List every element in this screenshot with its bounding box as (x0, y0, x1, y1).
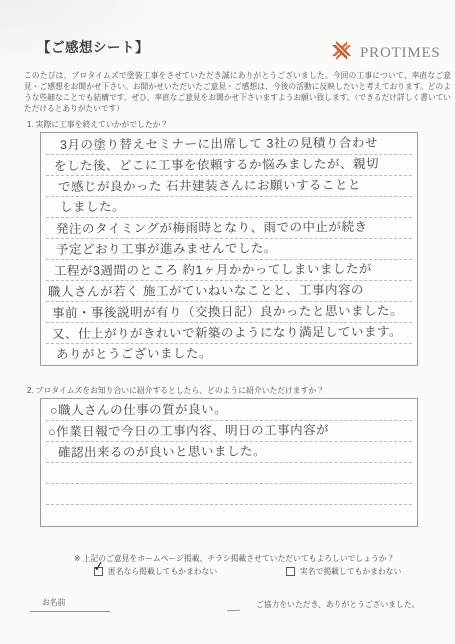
handwritten-text: 発注のタイミングが梅雨時となり、雨での中止が続き (46, 217, 368, 239)
answer-line: 又、仕上がりがきれいで新築のようになり満足しています。 (46, 323, 412, 344)
answer-line: ○職人さんの仕事の質が良い。 (46, 400, 412, 421)
consent-option-anonymous[interactable]: ✓ 匿名なら掲載してもかまわない (94, 566, 217, 577)
consent-note: ※ 上記のご意見をホームページ掲載、チラシ掲載させていただいてもよろしいでしょう… (74, 553, 394, 564)
name-input-line[interactable] (30, 611, 110, 612)
intro-paragraph: このたびは、プロタイムズで塗装工事をさせていただき誠にありがとうございました。今… (24, 70, 451, 115)
handwritten-text: ありがとうございました。 (46, 343, 212, 364)
handwritten-text: をした後、どこに工事を依頼するか悩みましたが、親切 (46, 154, 379, 176)
sheet-title: 【ご感想シート】 (37, 36, 149, 56)
consent-option-label: 匿名なら掲載してもかまわない (108, 566, 217, 577)
handwritten-text: ○職人さんの仕事の質が良い。 (46, 399, 227, 420)
checkbox-anonymous[interactable]: ✓ (94, 567, 103, 576)
answer-line: 発注のタイミングが梅雨時となり、雨での中止が続き (46, 218, 412, 239)
handwritten-text: 3月の塗り替えセミナーに出席して 3社の見積り合わせ (46, 133, 378, 155)
answer-line: 予定どおり工事が進みませんでした。 (46, 239, 412, 260)
handwritten-text: しました。 (46, 197, 125, 218)
name-field-label: お名前 (42, 597, 65, 608)
answer-line: ありがとうございました。 (46, 344, 412, 365)
checkbox-realname[interactable] (286, 567, 295, 576)
handwritten-text: 予定どおり工事が進みませんでした。 (46, 238, 277, 260)
answer-line: をした後、どこに工事を依頼するか悩みましたが、親切 (46, 155, 412, 176)
feedback-sheet: 【ご感想シート】 PROTIMES このたびは、プロタイムズで塗装工事をさせ (0, 0, 455, 644)
answer-line: 事前・事後説明が有り（交換日記）良かったと思いました。 (46, 302, 412, 323)
question-1-label: 1. 実際に工事を終えていかがでしたか？ (27, 119, 168, 130)
consent-option-label: 実名で掲載してもかまわない (300, 566, 401, 577)
protimes-logo-icon (329, 38, 354, 68)
question-2-label: 2. プロタイムズをお知り合いに紹介するとしたら、どのように紹介いただけますか？ (27, 385, 324, 396)
answer-line: 工程が3週間のところ 約1ヶ月かかってしまいましたが (46, 260, 412, 281)
answer-line: 確認出来るのが良いと思いました。 (46, 442, 412, 463)
handwritten-text: で感じが良かった 石井建装さんにお願いすることと (46, 175, 361, 197)
answer-line-empty (46, 505, 412, 526)
handwritten-text: ○作業日報で今日の工事内容、明日の工事内容が (46, 420, 329, 442)
answer-line: しました。 (46, 197, 412, 218)
handwritten-text: 事前・事後説明が有り（交換日記）良かったと思いました。 (46, 301, 403, 323)
handwritten-text: 職人さんが若く 施工がていねいなことと、工事内容の (46, 280, 364, 302)
answer-line: 職人さんが若く 施工がていねいなことと、工事内容の (46, 281, 412, 302)
thanks-text: ご協力をいただき、ありがとうございました。 (256, 599, 419, 610)
answer-line: ○作業日報で今日の工事内容、明日の工事内容が (46, 421, 412, 442)
scan-mark (227, 610, 240, 611)
answer-line: で感じが良かった 石井建装さんにお願いすることと (46, 176, 412, 197)
answer-line-empty (46, 463, 412, 484)
answer-line-empty (46, 484, 412, 505)
consent-option-realname[interactable]: 実名で掲載してもかまわない (286, 566, 401, 577)
answer-box-2: ○職人さんの仕事の質が良い。 ○作業日報で今日の工事内容、明日の工事内容が 確認… (40, 398, 418, 527)
handwritten-text: 又、仕上がりがきれいで新築のようになり満足しています。 (46, 322, 402, 344)
answer-box-1: 3月の塗り替えセミナーに出席して 3社の見積り合わせ をした後、どこに工事を依頼… (40, 132, 418, 366)
protimes-logo: PROTIMES (329, 38, 441, 68)
answer-line: 3月の塗り替えセミナーに出席して 3社の見積り合わせ (46, 134, 412, 155)
protimes-logo-text: PROTIMES (360, 45, 441, 62)
checkmark-icon: ✓ (92, 557, 106, 575)
handwritten-text: 確認出来るのが良いと思いました。 (46, 441, 266, 463)
handwritten-text: 工程が3週間のところ 約1ヶ月かかってしまいましたが (46, 259, 372, 281)
